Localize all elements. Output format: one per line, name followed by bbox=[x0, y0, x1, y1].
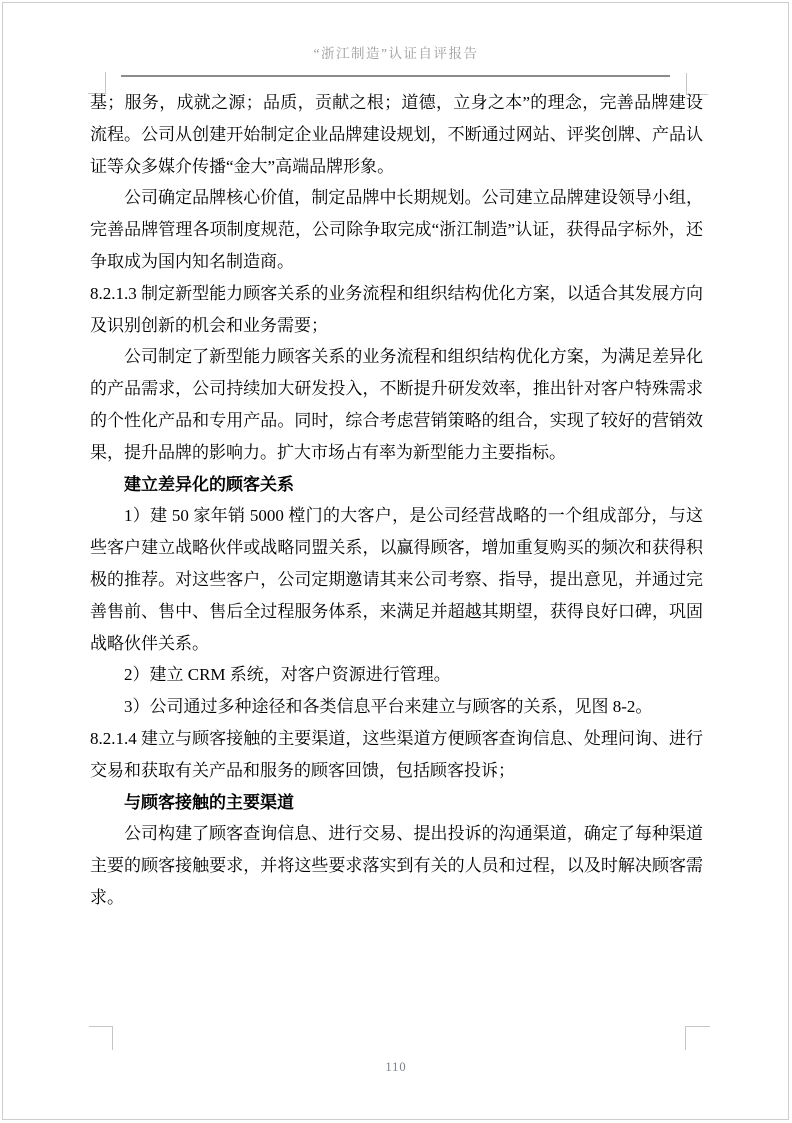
paragraph: 公司确定品牌核心价值，制定品牌中长期规划。公司建立品牌建设领导小组，完善品牌管理… bbox=[90, 182, 703, 277]
document-body: 基；服务，成就之源；品质，贡献之根；道德，立身之本”的理念，完善品牌建设流程。公… bbox=[90, 87, 703, 914]
paragraph: 公司制定了新型能力顾客关系的业务流程和组织结构优化方案，为满足差异化的产品需求，… bbox=[90, 341, 703, 468]
paragraph: 1）建 50 家年销 5000 樘门的大客户，是公司经营战略的一个组成部分，与这… bbox=[90, 500, 703, 659]
paragraph: 2）建立 CRM 系统，对客户资源进行管理。 bbox=[90, 659, 703, 691]
document-page: { "header": { "title": "“浙江制造”认证自评报告" },… bbox=[0, 0, 792, 1123]
text-boundary-mark-bottom-right bbox=[685, 1026, 710, 1050]
paragraph-section-clause: 8.2.1.4 建立与顾客接触的主要渠道，这些渠道方便顾客查询信息、处理问询、进… bbox=[90, 723, 703, 787]
paragraph: 公司构建了顾客查询信息、进行交易、提出投诉的沟通渠道，确定了每种渠道主要的顾客接… bbox=[90, 818, 703, 913]
paragraph: 基；服务，成就之源；品质，贡献之根；道德，立身之本”的理念，完善品牌建设流程。公… bbox=[90, 87, 703, 182]
page-header-title: “浙江制造”认证自评报告 bbox=[0, 42, 792, 62]
paragraph-heading: 与顾客接触的主要渠道 bbox=[90, 787, 703, 819]
paragraph-section-clause: 8.2.1.3 制定新型能力顾客关系的业务流程和组织结构优化方案，以适合其发展方… bbox=[90, 278, 703, 342]
text-boundary-mark-bottom-left bbox=[89, 1026, 113, 1050]
header-rule bbox=[121, 75, 670, 77]
paragraph: 3）公司通过多种途径和各类信息平台来建立与顾客的关系，见图 8-2。 bbox=[90, 691, 703, 723]
paragraph-heading: 建立差异化的顾客关系 bbox=[90, 469, 703, 501]
page-number: 110 bbox=[0, 1060, 792, 1075]
